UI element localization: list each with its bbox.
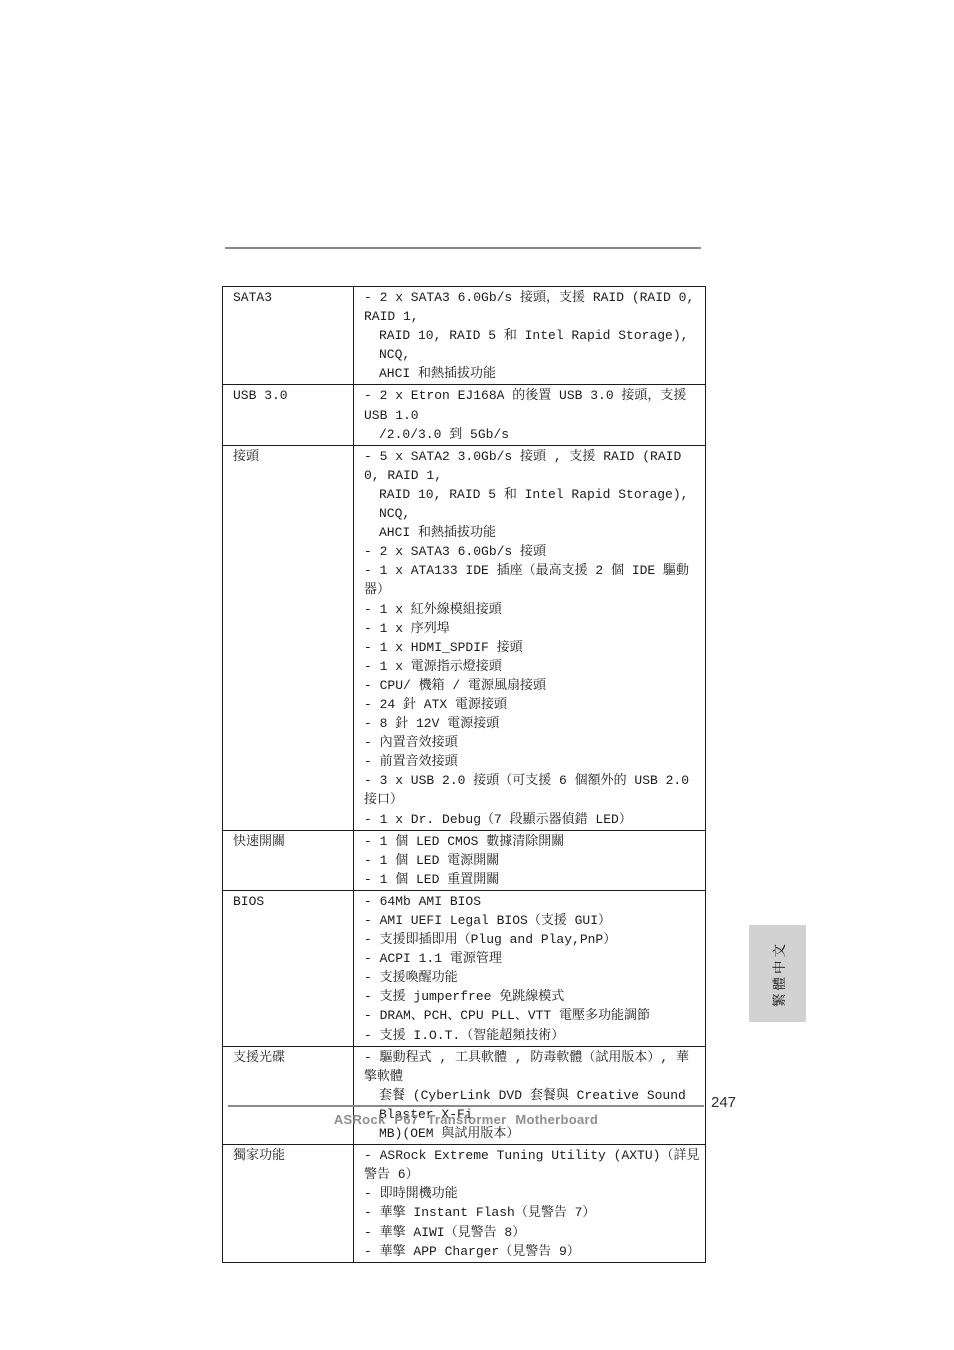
spec-line: - ASRock Extreme Tuning Utility (AXTU)（詳… — [364, 1146, 701, 1184]
row-value: - 2 x SATA3 6.0Gb/s 接頭，支援 RAID (RAID 0, … — [354, 287, 706, 385]
spec-line: - 驅動程式 , 工具軟體 , 防毒軟體（試用版本）, 華擎軟體 — [364, 1048, 701, 1086]
language-tab: 繁體中文 — [749, 925, 806, 1022]
spec-line: - 2 x SATA3 6.0Gb/s 接頭，支援 RAID (RAID 0, … — [364, 288, 701, 326]
spec-line: - 1 個 LED CMOS 數據清除開關 — [364, 832, 701, 851]
table-row: SATA3 - 2 x SATA3 6.0Gb/s 接頭，支援 RAID (RA… — [223, 287, 706, 385]
spec-line: - 8 針 12V 電源接頭 — [364, 714, 701, 733]
row-value: - 1 個 LED CMOS 數據清除開關- 1 個 LED 電源開關- 1 個… — [354, 830, 706, 890]
spec-line: - 64Mb AMI BIOS — [364, 892, 701, 911]
table-row: 接頭 - 5 x SATA2 3.0Gb/s 接頭 , 支援 RAID (RAI… — [223, 445, 706, 830]
spec-line: - 1 x HDMI_SPDIF 接頭 — [364, 638, 701, 657]
row-label: 支援光碟 — [223, 1046, 354, 1144]
spec-line: - AMI UEFI Legal BIOS（支援 GUI） — [364, 911, 701, 930]
row-value: - 2 x Etron EJ168A 的後置 USB 3.0 接頭，支援 USB… — [354, 385, 706, 445]
spec-line: - 5 x SATA2 3.0Gb/s 接頭 , 支援 RAID (RAID 0… — [364, 447, 701, 485]
table-row: 快速開關 - 1 個 LED CMOS 數據清除開關- 1 個 LED 電源開關… — [223, 830, 706, 890]
spec-line: - ACPI 1.1 電源管理 — [364, 949, 701, 968]
spec-line: - 1 x Dr. Debug（7 段顯示器偵錯 LED） — [364, 810, 701, 829]
spec-line: - 1 個 LED 電源開關 — [364, 851, 701, 870]
spec-line: - 24 針 ATX 電源接頭 — [364, 695, 701, 714]
spec-line: - 1 x 序列埠 — [364, 619, 701, 638]
spec-line: - 華擎 AIWI（見警告 8） — [364, 1223, 701, 1242]
spec-line: - 即時開機功能 — [364, 1184, 701, 1203]
row-label: SATA3 — [223, 287, 354, 385]
spec-line: AHCI 和熱插拔功能 — [364, 523, 701, 542]
row-value: - 64Mb AMI BIOS- AMI UEFI Legal BIOS（支援 … — [354, 890, 706, 1046]
spec-line: - 內置音效接頭 — [364, 733, 701, 752]
footer-title: ASRock P67 Transformer Motherboard — [228, 1112, 704, 1127]
spec-line: - 華擎 Instant Flash（見警告 7） — [364, 1203, 701, 1222]
row-label: BIOS — [223, 890, 354, 1046]
row-value: - 5 x SATA2 3.0Gb/s 接頭 , 支援 RAID (RAID 0… — [354, 445, 706, 830]
row-value: - ASRock Extreme Tuning Utility (AXTU)（詳… — [354, 1145, 706, 1263]
spec-line: - 3 x USB 2.0 接頭（可支援 6 個額外的 USB 2.0 接口） — [364, 771, 701, 809]
table-row: USB 3.0 - 2 x Etron EJ168A 的後置 USB 3.0 接… — [223, 385, 706, 445]
spec-line: - 支援 I.O.T.（智能超頻技術） — [364, 1026, 701, 1045]
spec-line: - 支援喚醒功能 — [364, 968, 701, 987]
manual-page: SATA3 - 2 x SATA3 6.0Gb/s 接頭，支援 RAID (RA… — [0, 0, 954, 1350]
spec-line: - 1 x 電源指示燈接頭 — [364, 657, 701, 676]
page-number: 247 — [711, 1094, 736, 1111]
spec-line: /2.0/3.0 到 5Gb/s — [364, 425, 701, 444]
spec-line: - CPU/ 機箱 / 電源風扇接頭 — [364, 676, 701, 695]
spec-line: - 支援 jumperfree 免跳線模式 — [364, 987, 701, 1006]
row-value: - 驅動程式 , 工具軟體 , 防毒軟體（試用版本）, 華擎軟體套餐 (Cybe… — [354, 1046, 706, 1144]
spec-line: RAID 10, RAID 5 和 Intel Rapid Storage), … — [364, 326, 701, 364]
spec-line: AHCI 和熱插拔功能 — [364, 364, 701, 383]
language-tab-label: 繁體中文 — [768, 941, 788, 1007]
spec-line: - 華擎 APP Charger（見警告 9） — [364, 1242, 701, 1261]
row-label: 快速開關 — [223, 830, 354, 890]
spec-line: - 1 x 紅外線模組接頭 — [364, 600, 701, 619]
spec-line: - 1 個 LED 重置開關 — [364, 870, 701, 889]
row-label: USB 3.0 — [223, 385, 354, 445]
spec-line: - DRAM、PCH、CPU PLL、VTT 電壓多功能調節 — [364, 1006, 701, 1025]
row-label: 接頭 — [223, 445, 354, 830]
table-row: BIOS - 64Mb AMI BIOS- AMI UEFI Legal BIO… — [223, 890, 706, 1046]
spec-line: - 2 x Etron EJ168A 的後置 USB 3.0 接頭，支援 USB… — [364, 386, 701, 424]
table-row: 支援光碟 - 驅動程式 , 工具軟體 , 防毒軟體（試用版本）, 華擎軟體套餐 … — [223, 1046, 706, 1144]
spec-line: RAID 10, RAID 5 和 Intel Rapid Storage), … — [364, 485, 701, 523]
spec-line: - 支援即插即用（Plug and Play,PnP） — [364, 930, 701, 949]
footer-divider-rule — [228, 1105, 704, 1107]
table-row: 獨家功能 - ASRock Extreme Tuning Utility (AX… — [223, 1145, 706, 1263]
row-label: 獨家功能 — [223, 1145, 354, 1263]
spec-line: - 前置音效接頭 — [364, 752, 701, 771]
top-divider-rule — [225, 247, 701, 249]
spec-line: - 1 x ATA133 IDE 插座（最高支援 2 個 IDE 驅動器） — [364, 561, 701, 599]
spec-line: - 2 x SATA3 6.0Gb/s 接頭 — [364, 542, 701, 561]
